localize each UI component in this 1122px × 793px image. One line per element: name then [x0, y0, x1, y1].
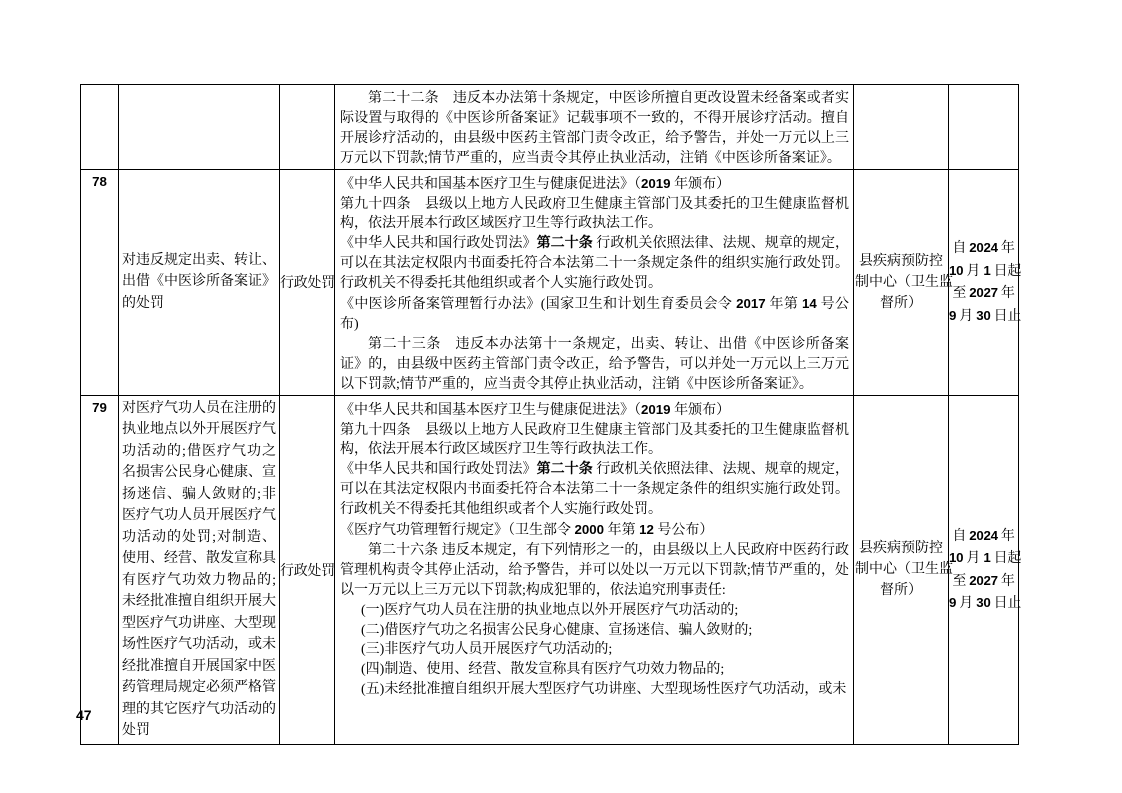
legal-basis-cell: 《中华人民共和国基本医疗卫生与健康促进法》（2019 年颁布）第九十四条 县级以… [335, 395, 854, 744]
basis-paragraph: 《中华人民共和国基本医疗卫生与健康促进法》（2019 年颁布） [340, 174, 849, 195]
table-body: 第二十二条 违反本办法第十条规定，中医诊所擅自更改设置未经备案或者实际设置与取得… [81, 85, 1019, 745]
implementing-agency-cell: 县疾病预防控制中心（卫生监督所） [854, 395, 949, 744]
implementing-agency-cell [854, 85, 949, 170]
validity-period-cell: 自 2024 年10 月 1 日起至 2027 年9 月 30 日止 [949, 395, 1019, 744]
page-number: 47 [76, 707, 92, 723]
basis-paragraph: (四)制造、使用、经营、散发宣称具有医疗气功效力物品的; [340, 660, 849, 680]
basis-paragraph: 《中华人民共和国行政处罚法》第二十条 行政机关依照法律、法规、规章的规定，可以在… [340, 460, 849, 520]
basis-paragraph: 《中医诊所备案管理暂行办法》(国家卫生和计划生育委员会令 2017 年第 14 … [340, 294, 849, 335]
validity-period-cell: 自 2024 年10 月 1 日起至 2027 年9 月 30 日止 [949, 169, 1019, 395]
basis-paragraph: 《医疗气功管理暂行规定》（卫生部令 2000 年第 12 号公布） [340, 520, 849, 541]
table-row: 第二十二条 违反本办法第十条规定，中医诊所擅自更改设置未经备案或者实际设置与取得… [81, 85, 1019, 170]
legal-basis-cell: 《中华人民共和国基本医疗卫生与健康促进法》（2019 年颁布）第九十四条 县级以… [335, 169, 854, 395]
basis-paragraph: 《中华人民共和国基本医疗卫生与健康促进法》（2019 年颁布） [340, 400, 849, 421]
item-name-cell [119, 85, 280, 170]
document-page: 第二十二条 违反本办法第十条规定，中医诊所擅自更改设置未经备案或者实际设置与取得… [0, 0, 1122, 793]
basis-paragraph: 第二十六条 违反本规定，有下列情形之一的，由县级以上人民政府中医药行政管理机构责… [340, 541, 849, 601]
validity-period-cell [949, 85, 1019, 170]
basis-paragraph: 第九十四条 县级以上地方人民政府卫生健康主管部门及其委托的卫生健康监督机构，依法… [340, 421, 849, 461]
item-name-cell: 对医疗气功人员在注册的执业地点以外开展医疗气功活动的;借医疗气功之名损害公民身心… [119, 395, 280, 744]
basis-paragraph: 第二十三条 违反本办法第十一条规定，出卖、转让、出借《中医诊所备案证》的，由县级… [340, 335, 849, 395]
basis-paragraph: 第二十二条 违反本办法第十条规定，中医诊所擅自更改设置未经备案或者实际设置与取得… [340, 89, 849, 169]
basis-paragraph: (五)未经批准擅自组织开展大型医疗气功讲座、大型现场性医疗气功活动，或未 [340, 680, 849, 700]
legal-basis-cell: 第二十二条 违反本办法第十条规定，中医诊所擅自更改设置未经备案或者实际设置与取得… [335, 85, 854, 170]
basis-paragraph: (一)医疗气功人员在注册的执业地点以外开展医疗气功活动的; [340, 601, 849, 621]
basis-paragraph: (二)借医疗气功之名损害公民身心健康、宣扬迷信、骗人敛财的; [340, 621, 849, 641]
row-number-cell [81, 85, 119, 170]
penalty-type-cell: 行政处罚 [280, 169, 335, 395]
table-row: 78对违反规定出卖、转让、出借《中医诊所备案证》的处罚行政处罚《中华人民共和国基… [81, 169, 1019, 395]
penalty-rules-table: 第二十二条 违反本办法第十条规定，中医诊所擅自更改设置未经备案或者实际设置与取得… [80, 84, 1019, 745]
basis-paragraph: 第九十四条 县级以上地方人民政府卫生健康主管部门及其委托的卫生健康监督机构，依法… [340, 195, 849, 235]
row-number-cell: 79 [81, 395, 119, 744]
basis-paragraph: 《中华人民共和国行政处罚法》第二十条 行政机关依照法律、法规、规章的规定，可以在… [340, 234, 849, 294]
basis-paragraph: (三)非医疗气功人员开展医疗气功活动的; [340, 640, 849, 660]
implementing-agency-cell: 县疾病预防控制中心（卫生监督所） [854, 169, 949, 395]
penalty-type-cell [280, 85, 335, 170]
row-number-cell: 78 [81, 169, 119, 395]
item-name-cell: 对违反规定出卖、转让、出借《中医诊所备案证》的处罚 [119, 169, 280, 395]
penalty-type-cell: 行政处罚 [280, 395, 335, 744]
table-row: 79对医疗气功人员在注册的执业地点以外开展医疗气功活动的;借医疗气功之名损害公民… [81, 395, 1019, 744]
